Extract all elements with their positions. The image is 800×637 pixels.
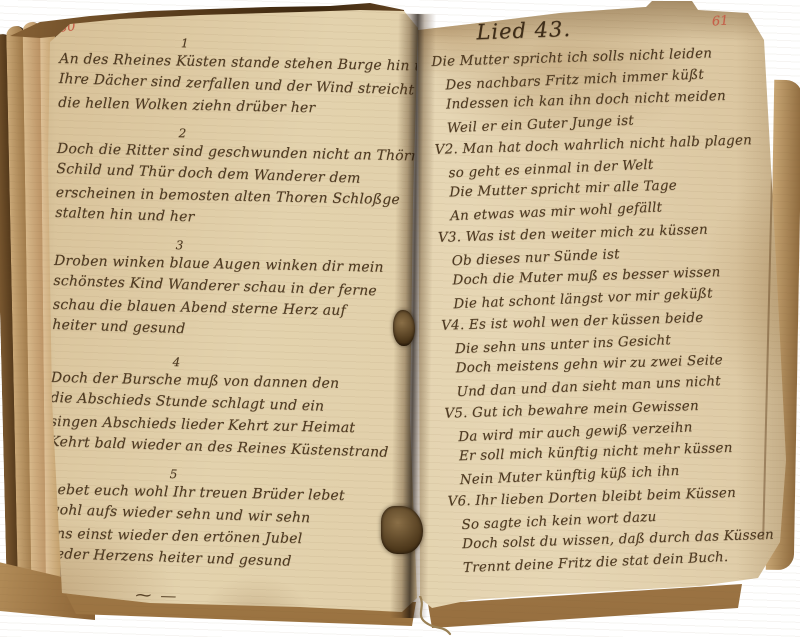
verse: 5 Lebet euch wohl Ihr treuen Brüder lebe… [46,465,395,575]
verse: 4 Doch der Bursche muß von dannen den di… [49,353,398,463]
right-page-text: Lied 43. Die Mutter spricht ich solls ni… [430,7,795,580]
verse: 1 An des Rheines Küsten stande stehen Bu… [58,34,406,122]
binding-stitch-knot [393,310,415,346]
manuscript-photo: 60 1 An des Rheines Küsten stande stehen… [0,0,800,637]
binding-thread [410,596,456,637]
binding-stitch-knot [381,506,423,554]
verse: V4. Es ist wohl wen der küssen beide Die… [441,304,789,403]
verse: V3. Was ist den weiter mich zu küssen Ob… [438,216,786,315]
verse: V6. Ihr lieben Dorten bleibt beim Küssen… [447,480,795,579]
verse: V2. Man hat doch wahrlich nicht halb pla… [434,128,782,227]
left-page-text: 1 An des Rheines Küsten stande stehen Bu… [45,34,406,613]
song-title: Lied 43. [476,7,776,46]
verse: V5. Gut ich bewahre mein Gewissen Da wir… [444,392,792,491]
verse: 3 Droben winken blaue Augen winken dir m… [52,236,401,346]
verse: 2 Doch die Ritter sind geschwunden nicht… [55,124,404,234]
verse: Die Mutter spricht ich solls nicht leide… [431,40,779,139]
